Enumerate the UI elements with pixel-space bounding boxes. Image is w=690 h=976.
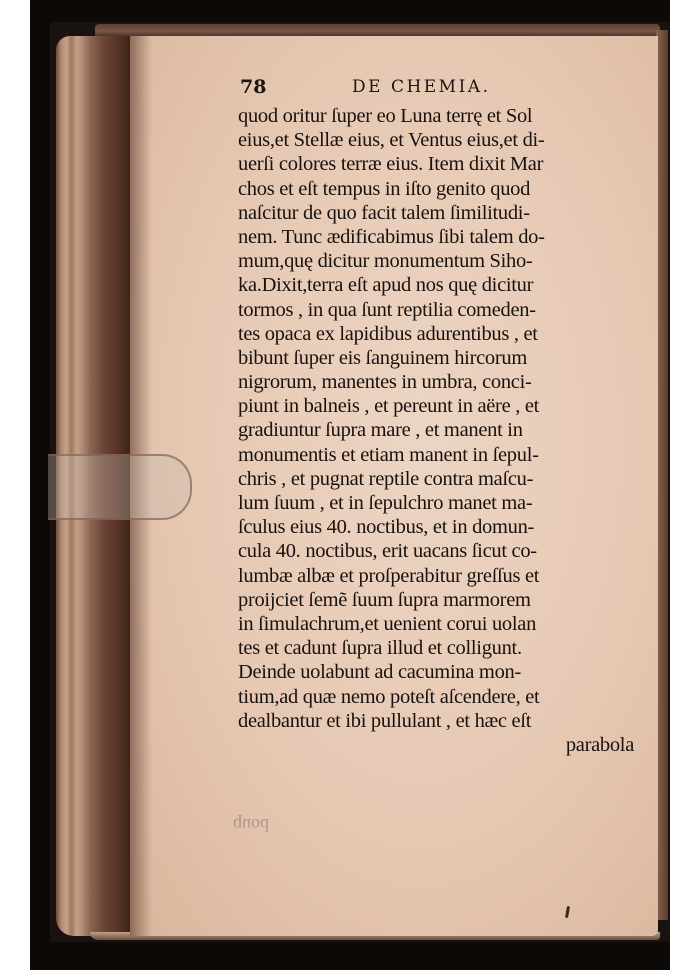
text-line: uerſi colores terræ eius. Item dixit Mar xyxy=(238,152,638,176)
show-through-text: quod xyxy=(233,814,269,835)
text-line: tes et cadunt ſupra illud et colligunt. xyxy=(238,636,638,660)
page-tab-marker xyxy=(48,454,192,520)
text-line: lumbæ albæ et proſperabitur greſſus et xyxy=(238,564,638,588)
text-line: gradiuntur ſupra mare , et manent in xyxy=(238,418,638,442)
catchword: parabola xyxy=(238,733,638,757)
text-line: piunt in balneis , et pereunt in aëre , … xyxy=(238,394,638,418)
text-line: tes opaca ex lapidibus adurentibus , et xyxy=(238,322,638,346)
text-line: ſculus eius 40. noctibus, et in domun- xyxy=(238,515,638,539)
text-line: eius,et Stellæ eius, et Ventus eius,et d… xyxy=(238,128,638,152)
text-line: cula 40. noctibus, erit uacans ſicut co- xyxy=(238,539,638,563)
text-line: ka.Dixit,terra eſt apud nos quę dicitur xyxy=(238,273,638,297)
page-number: 78 xyxy=(240,76,266,98)
running-title: DE CHEMIA. xyxy=(352,77,491,97)
body-text: quod oritur ſuper eo Luna terrę et Sol e… xyxy=(238,104,638,757)
text-line: dealbantur et ibi pullulant , et hæc eſt xyxy=(238,709,638,733)
text-line: Deinde uolabunt ad cacumina mon- xyxy=(238,660,638,684)
text-line: lum ſuum , et in ſepulchro manet ma- xyxy=(238,491,638,515)
text-line: monumentis et etiam manent in ſepul- xyxy=(238,443,638,467)
text-line: nem. Tunc ædificabimus ſibi talem do- xyxy=(238,225,638,249)
text-line: tium,ad quæ nemo poteſt aſcendere, et xyxy=(238,685,638,709)
text-line: bibunt ſuper eis ſanguinem hircorum xyxy=(238,346,638,370)
text-line: chris , et pugnat reptile contra maſcu- xyxy=(238,467,638,491)
text-line: nigrorum, manentes in umbra, conci- xyxy=(238,370,638,394)
text-line: quod oritur ſuper eo Luna terrę et Sol xyxy=(238,104,638,128)
running-head: 78 DE CHEMIA. xyxy=(240,76,640,100)
text-line: proijciet ſemẽ ſuum ſupra marmorem xyxy=(238,588,638,612)
text-line: in ſimulachrum,et uenient corui uolan xyxy=(238,612,638,636)
text-line: tormos , in qua ſunt reptilia comeden- xyxy=(238,298,638,322)
text-line: mum,quę dicitur monumentum Siho- xyxy=(238,249,638,273)
text-line: naſcitur de quo facit talem ſimilitudi- xyxy=(238,201,638,225)
text-line: chos et eſt tempus in iſto genito quod xyxy=(238,177,638,201)
